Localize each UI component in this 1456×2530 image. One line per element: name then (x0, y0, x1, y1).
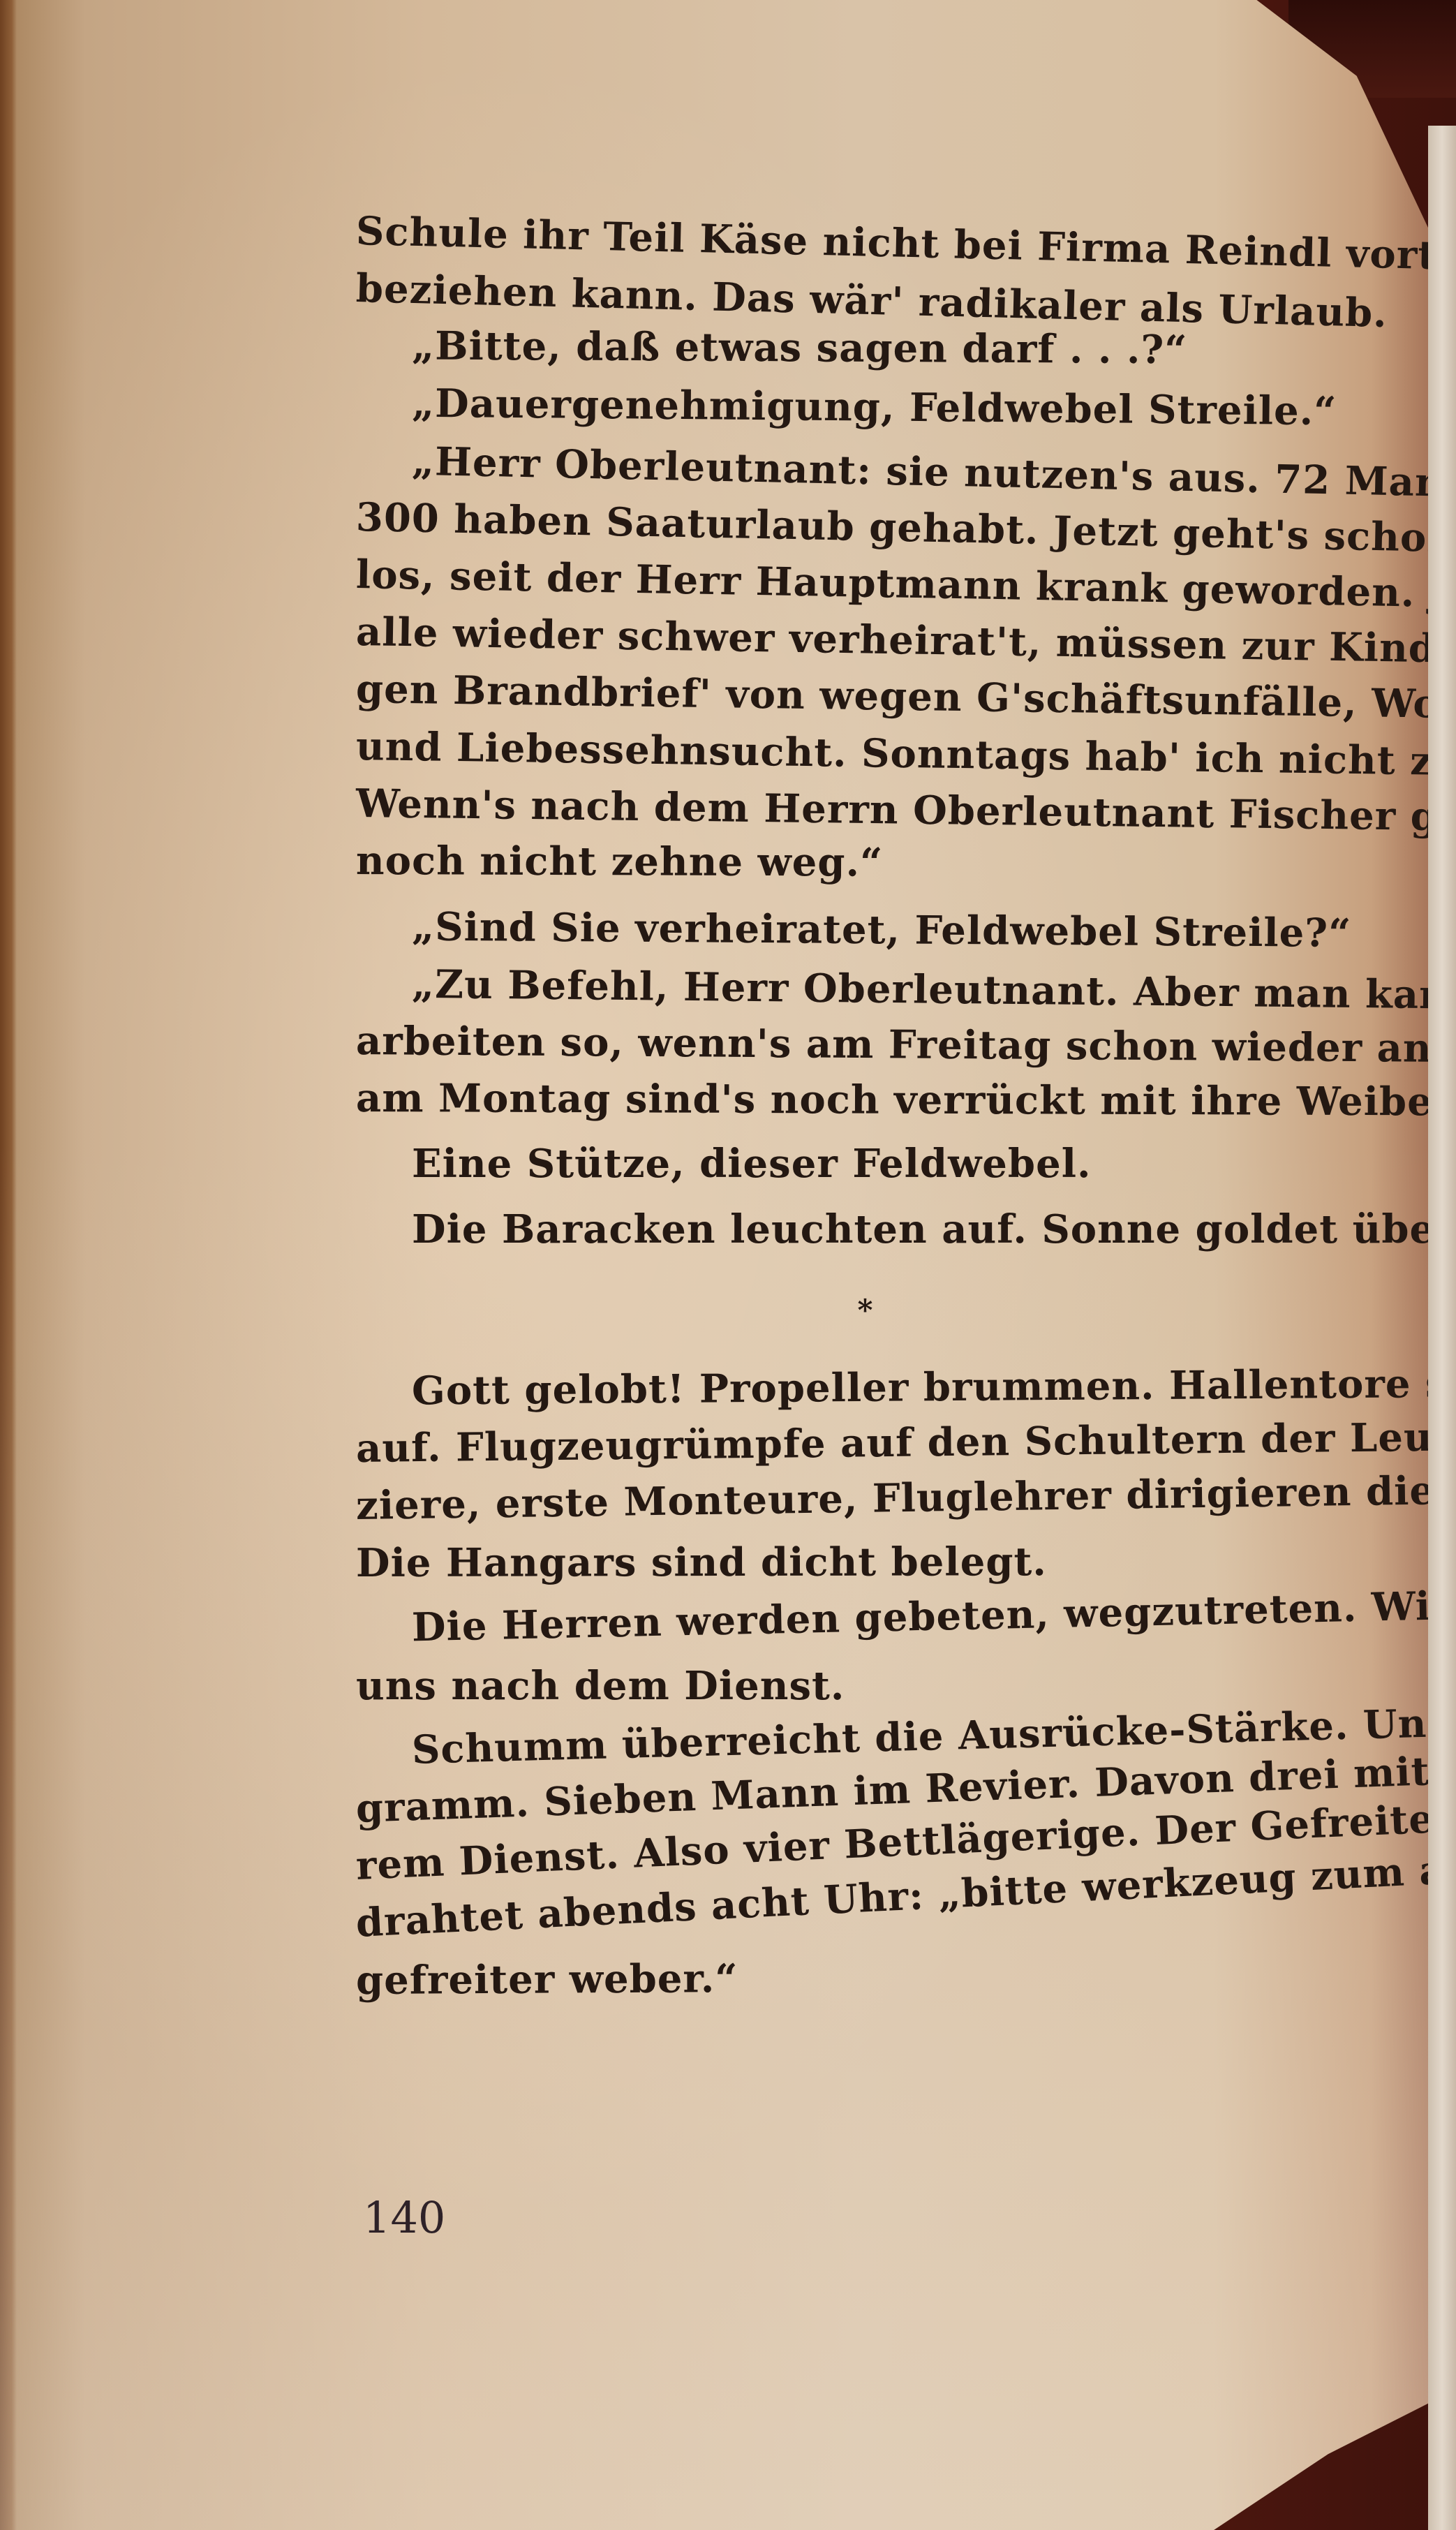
text-line: gefreiter weber.“ (356, 1946, 1403, 2009)
text-line: noch nicht zehne weg.“ (356, 832, 1403, 893)
page-text: Schule ihr Teil Käse nicht bei Firma Rei… (356, 202, 1403, 2009)
next-page-edge (1428, 126, 1456, 2530)
text-line: „Bitte, daß etwas sagen darf . . .?“ (356, 317, 1403, 380)
page-number: 140 (363, 2192, 445, 2243)
text-line: „Dauergenehmigung, Feldwebel Streile.“ (356, 374, 1404, 441)
text-line: Eine Stütze, dieser Feldwebel. (356, 1135, 1403, 1192)
book-page: Schule ihr Teil Käse nicht bei Firma Rei… (0, 0, 1428, 2530)
text-line: am Montag sind's noch verrückt mit ihre … (356, 1070, 1403, 1130)
text-line: arbeiten so, wenn's am Freitag schon wie… (356, 1012, 1404, 1077)
photo-scene: Schule ihr Teil Käse nicht bei Firma Rei… (0, 0, 1456, 2530)
text-line: Die Baracken leuchten auf. Sonne goldet … (356, 1201, 1403, 1258)
section-break-asterisk: * (356, 1258, 1375, 1363)
text-line: „Sind Sie verheiratet, Feldwebel Streile… (356, 898, 1404, 962)
